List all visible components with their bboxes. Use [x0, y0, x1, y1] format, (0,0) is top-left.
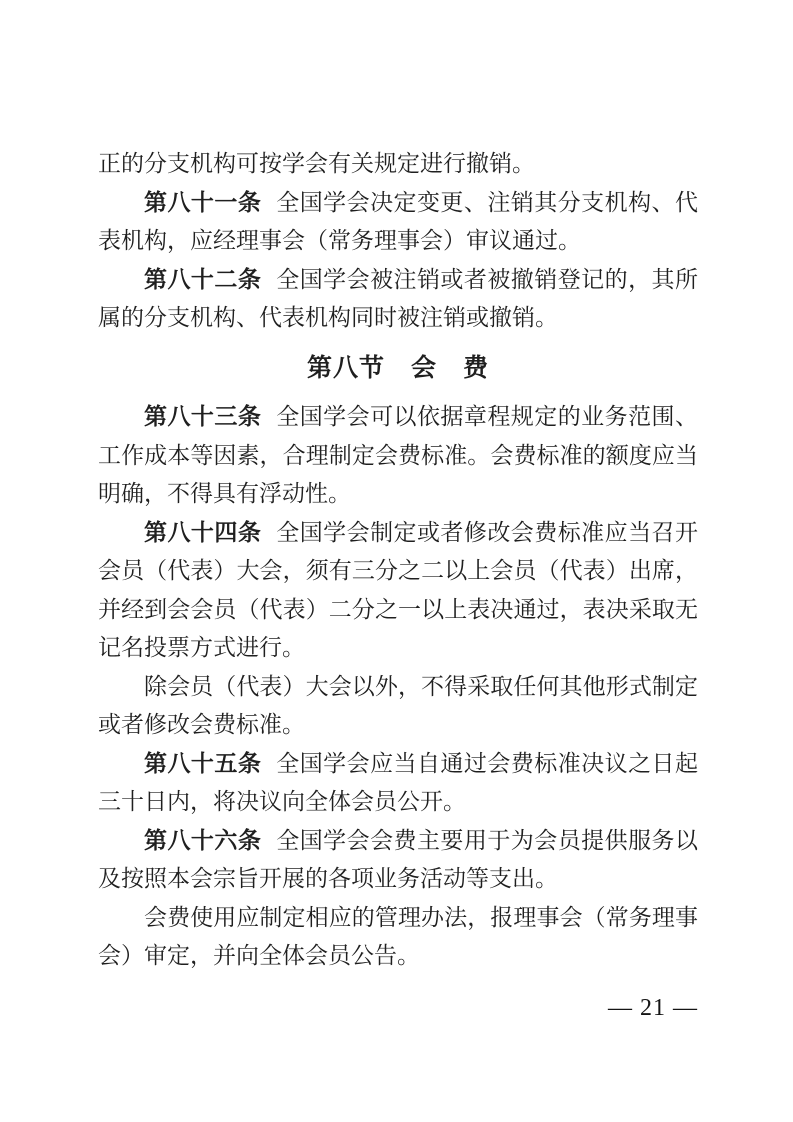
article-paragraph: 第八十一条全国学会决定变更、注销其分支机构、代表机构，应经理事会（常务理事会）审… [98, 184, 698, 261]
article-paragraph: 第八十四条全国学会制定或者修改会费标准应当召开会员（代表）大会，须有三分之二以上… [98, 514, 698, 668]
page-number: — 21 — [608, 996, 698, 1020]
article-number-label: 第八十五条 [144, 751, 261, 776]
article-paragraph: 第八十三条全国学会可以依据章程规定的业务范围、工作成本等因素，合理制定会费标准。… [98, 398, 698, 514]
document-page: 正的分支机构可按学会有关规定进行撤销。第八十一条全国学会决定变更、注销其分支机构… [0, 0, 793, 1122]
body-paragraph: 除会员（代表）大会以外，不得采取任何其他形式制定或者修改会费标准。 [98, 668, 698, 745]
article-number-label: 第八十一条 [144, 190, 261, 215]
article-number-label: 第八十四条 [144, 520, 261, 545]
body-paragraph: 会费使用应制定相应的管理办法，报理事会（常务理事会）审定，并向全体会员公告。 [98, 899, 698, 976]
section-heading: 第八节 会 费 [98, 350, 698, 389]
article-paragraph: 第八十二条全国学会被注销或者被撤销登记的，其所属的分支机构、代表机构同时被注销或… [98, 261, 698, 338]
article-paragraph: 第八十六条全国学会会费主要用于为会员提供服务以及按照本会宗旨开展的各项业务活动等… [98, 822, 698, 899]
article-number-label: 第八十二条 [144, 267, 261, 292]
paragraph-text: 会费使用应制定相应的管理办法，报理事会（常务理事会）审定，并向全体会员公告。 [98, 905, 698, 969]
paragraph-text: 除会员（代表）大会以外，不得采取任何其他形式制定或者修改会费标准。 [98, 674, 698, 738]
document-body: 正的分支机构可按学会有关规定进行撤销。第八十一条全国学会决定变更、注销其分支机构… [98, 145, 698, 976]
article-paragraph: 第八十五条全国学会应当自通过会费标准决议之日起三十日内，将决议向全体会员公开。 [98, 745, 698, 822]
article-number-label: 第八十六条 [144, 828, 261, 853]
paragraph-text: 正的分支机构可按学会有关规定进行撤销。 [98, 151, 535, 176]
article-number-label: 第八十三条 [144, 404, 261, 429]
body-paragraph: 正的分支机构可按学会有关规定进行撤销。 [98, 145, 698, 184]
